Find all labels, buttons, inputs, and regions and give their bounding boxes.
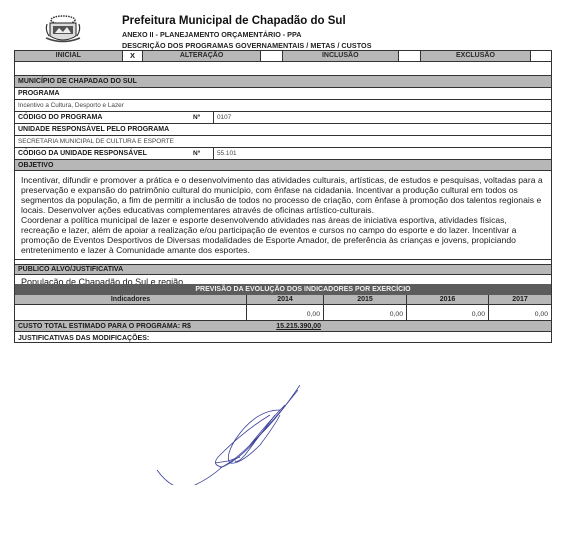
codigo-unidade-row: CÓDIGO DA UNIDADE RESPONSÁVEL Nº 55.101	[14, 147, 552, 159]
col-header-2017: 2017	[489, 295, 551, 305]
previsao-header: PREVISÃO DA EVOLUÇÃO DOS INDICADORES POR…	[14, 284, 552, 295]
programa-value: Incentivo a Cultura, Desporto e Lazer	[14, 99, 552, 111]
option-inclusao-label: INCLUSÃO	[283, 51, 398, 61]
programa-label: PROGRAMA	[14, 87, 552, 99]
option-inicial-checkbox[interactable]: X	[122, 51, 144, 61]
cell-indicadores	[15, 305, 247, 320]
change-type-row: INICIAL X ALTERAÇÃO INCLUSÃO EXCLUSÃO	[14, 50, 552, 62]
custo-label: CUSTO TOTAL ESTIMADO PARA O PROGRAMA: R$	[15, 321, 247, 331]
program-form: INICIAL X ALTERAÇÃO INCLUSÃO EXCLUSÃO MU…	[14, 50, 552, 343]
objetivo-paragraph-1: Incentivar, difundir e promover a prátic…	[21, 175, 545, 215]
col-header-indicadores: Indicadores	[15, 295, 247, 305]
codigo-programa-row: CÓDIGO DO PROGRAMA Nº 0107	[14, 111, 552, 123]
cell-2016: 0,00	[407, 305, 489, 320]
option-inicial-label: INICIAL	[15, 51, 122, 61]
option-inclusao-checkbox[interactable]	[398, 51, 421, 61]
spacer-row	[14, 62, 552, 75]
col-header-2016: 2016	[407, 295, 489, 305]
publico-header: PÚBLICO ALVO/JUSTIFICATIVA	[14, 264, 552, 274]
signature-icon	[150, 385, 300, 485]
codigo-programa-value: 0107	[213, 112, 551, 123]
col-header-2015: 2015	[324, 295, 407, 305]
codigo-unidade-value: 55.101	[213, 148, 551, 159]
cell-2014: 0,00	[247, 305, 324, 320]
description-subtitle: DESCRIÇÃO DOS PROGRAMAS GOVERNAMENTAIS /…	[122, 41, 372, 50]
codigo-unidade-label: CÓDIGO DA UNIDADE RESPONSÁVEL	[15, 148, 193, 159]
objetivo-paragraph-2: Coordenar a política municipal de lazer …	[21, 215, 545, 255]
codigo-programa-no: Nº	[193, 112, 213, 123]
option-alteracao-checkbox[interactable]	[260, 51, 283, 61]
cell-2015: 0,00	[324, 305, 407, 320]
custo-row: CUSTO TOTAL ESTIMADO PARA O PROGRAMA: R$…	[14, 320, 552, 331]
justificativas-label: JUSTIFICATIVAS DAS MODIFICAÇÕES:	[14, 331, 552, 343]
indicadores-table: Indicadores 2014 2015 2016 2017 0,00 0,0…	[14, 295, 552, 320]
codigo-programa-label: CÓDIGO DO PROGRAMA	[15, 112, 193, 123]
annex-subtitle: ANEXO II - PLANEJAMENTO ORÇAMENTÁRIO - P…	[122, 30, 301, 39]
custo-value: 15.215.390,00	[247, 321, 324, 331]
option-exclusao-label: EXCLUSÃO	[421, 51, 531, 61]
objetivo-text: Incentivar, difundir e promover a prátic…	[14, 170, 552, 259]
objetivo-header: OBJETIVO	[14, 159, 552, 170]
codigo-unidade-no: Nº	[193, 148, 213, 159]
option-alteracao-label: ALTERAÇÃO	[143, 51, 259, 61]
page-title: Prefeitura Municipal de Chapadão do Sul	[122, 15, 346, 27]
col-header-2014: 2014	[247, 295, 324, 305]
coat-of-arms-icon	[44, 14, 82, 44]
cell-2017: 0,00	[489, 305, 551, 320]
unidade-value: SECRETARIA MUNICIPAL DE CULTURA E ESPORT…	[14, 135, 552, 147]
municipio-header: MUNICÍPIO DE CHAPADAO DO SUL	[14, 75, 552, 87]
option-exclusao-checkbox[interactable]	[530, 51, 551, 61]
publico-value: População de Chapadão do Sul e região.	[14, 274, 552, 284]
unidade-label: UNIDADE RESPONSÁVEL PELO PROGRAMA	[14, 123, 552, 135]
